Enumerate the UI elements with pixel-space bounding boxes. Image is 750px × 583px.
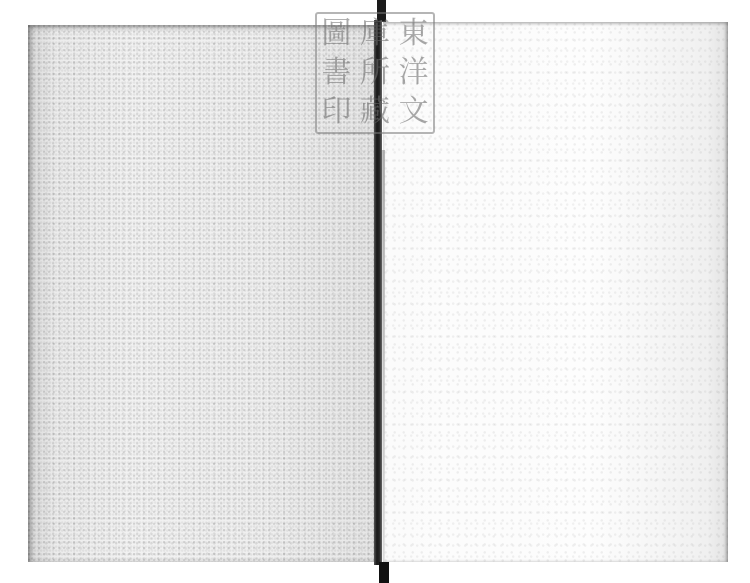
- gutter-bottom-shadow: [379, 562, 389, 583]
- seal-char: 藏: [356, 93, 395, 132]
- seal-char: 庫: [356, 14, 395, 53]
- seal-char: 所: [356, 53, 395, 92]
- seal-char: 洋: [394, 53, 433, 92]
- seal-char: 東: [394, 14, 433, 53]
- seal-char: 書: [317, 53, 356, 92]
- seal-char: 印: [317, 93, 356, 132]
- spine-edge-shadow: [382, 150, 385, 560]
- seal-char: 圖: [317, 14, 356, 53]
- library-seal-stamp: 圖 庫 東 書 所 洋 印 藏 文: [315, 12, 435, 134]
- seal-char: 文: [394, 93, 433, 132]
